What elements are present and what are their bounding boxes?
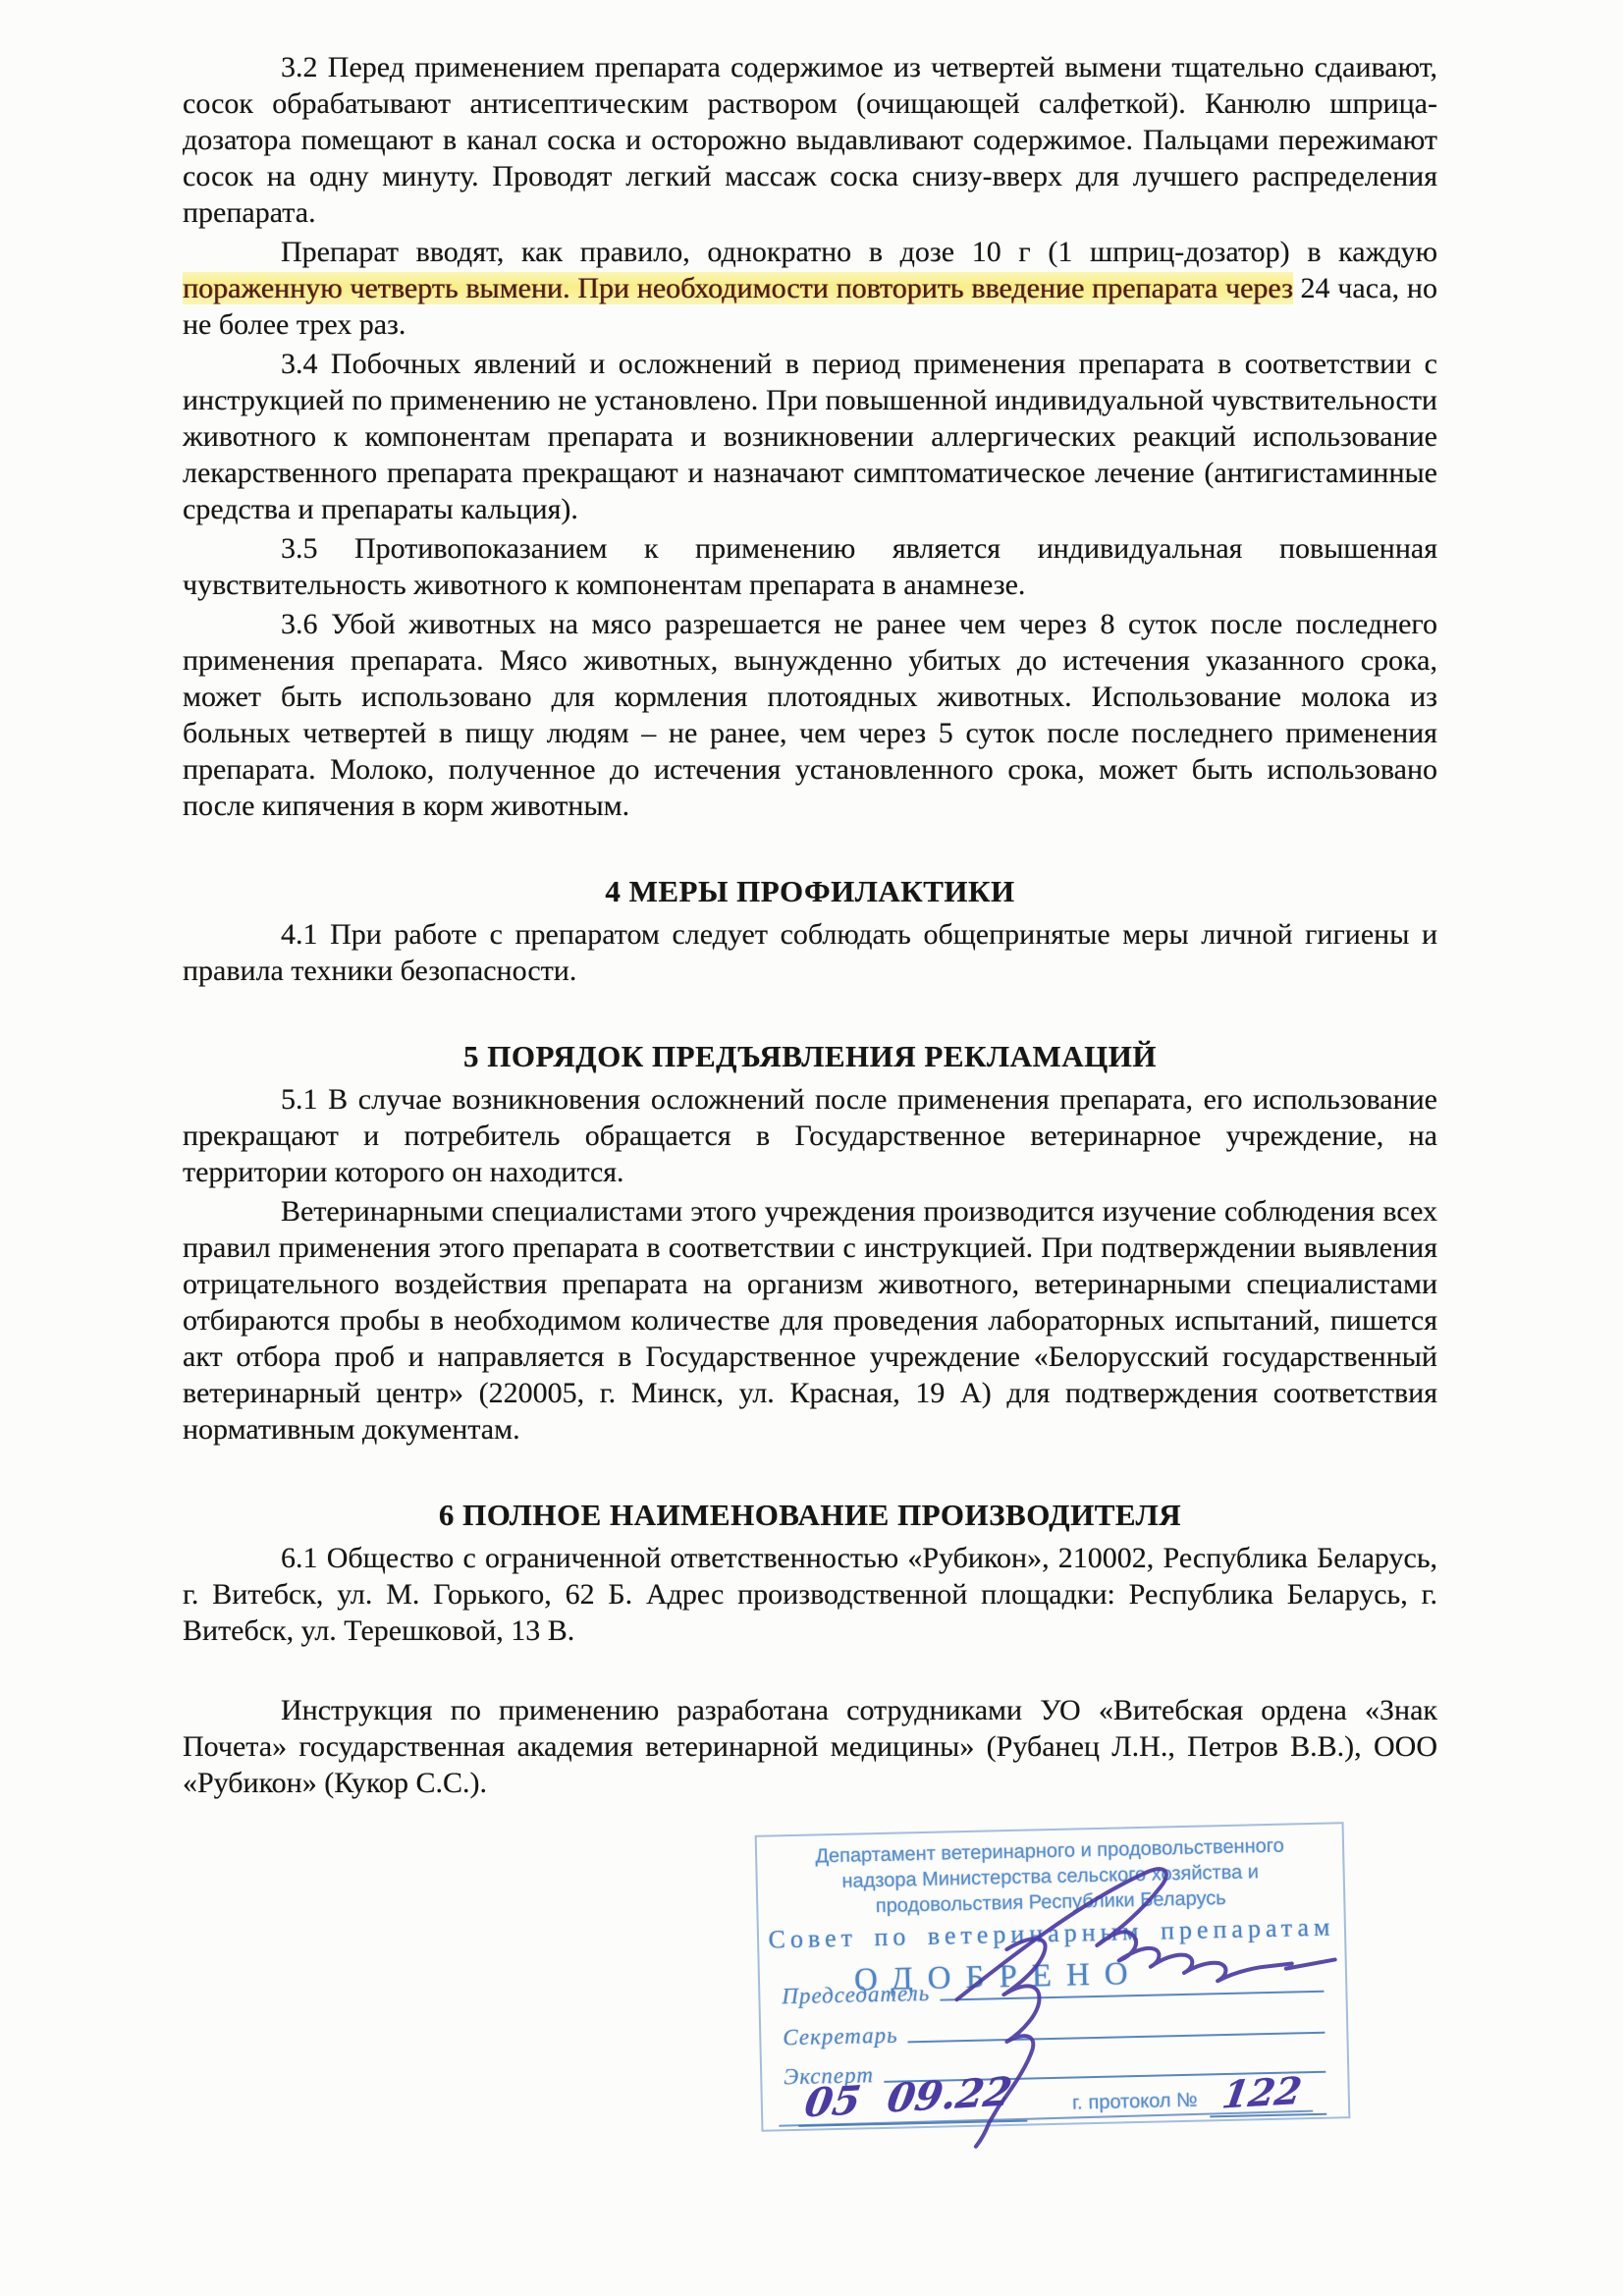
stamp-department-text: Департамент ветеринарного и продовольств… (784, 1832, 1317, 1921)
stamp-secretary-label: Секретарь (783, 2022, 908, 2050)
approval-stamp: Департамент ветеринарного и продовольств… (755, 1822, 1351, 2132)
dosage-text-before: Препарат вводят, как правило, однократно… (281, 236, 1437, 268)
stamp-date-gap (1027, 2121, 1072, 2122)
document-page: 3.2 Перед применением препарата содержим… (0, 0, 1623, 2296)
paragraph-3-5: 3.5 Противопоказанием к применению являе… (183, 530, 1437, 603)
paragraph-developers: Инструкция по применению разработана сот… (183, 1692, 1437, 1801)
stamp-chairman-label: Председатель (782, 1981, 940, 2010)
stamp-secretary-row: Секретарь (783, 2005, 1325, 2051)
paragraph-5-1: 5.1 В случае возникновения осложнений по… (183, 1081, 1437, 1190)
paragraph-3-4: 3.4 Побочных явлений и осложнений в пери… (183, 346, 1437, 527)
stamp-secretary-line (908, 2032, 1325, 2044)
document-body: 3.2 Перед применением препарата содержим… (183, 49, 1437, 1804)
stamp-protocol-number: 122 (1219, 2068, 1305, 2117)
paragraph-5-2: Ветеринарными специалистами этого учрежд… (183, 1193, 1437, 1448)
paragraph-dosage: Препарат вводят, как правило, однократно… (183, 234, 1437, 343)
paragraph-3-6: 3.6 Убой животных на мясо разрешается не… (183, 606, 1437, 824)
dosage-highlighted-text: пораженную четверть вымени. При необходи… (183, 272, 1293, 304)
paragraph-6-1: 6.1 Общество с ограниченной ответственно… (183, 1540, 1437, 1649)
section-4-heading: 4 МЕРЫ ПРОФИЛАКТИКИ (183, 873, 1437, 910)
section-6-heading: 6 ПОЛНОЕ НАИМЕНОВАНИЕ ПРОИЗВОДИТЕЛЯ (183, 1497, 1437, 1534)
stamp-date-handwritten: 05 09.22 (802, 2068, 1015, 2126)
stamp-chairman-line (940, 1991, 1324, 2001)
paragraph-4-1: 4.1 При работе с препаратом следует собл… (183, 916, 1437, 989)
section-5-heading: 5 ПОРЯДОК ПРЕДЪЯВЛЕНИЯ РЕКЛАМАЦИЙ (183, 1038, 1437, 1075)
paragraph-3-2: 3.2 Перед применением препарата содержим… (183, 49, 1437, 231)
